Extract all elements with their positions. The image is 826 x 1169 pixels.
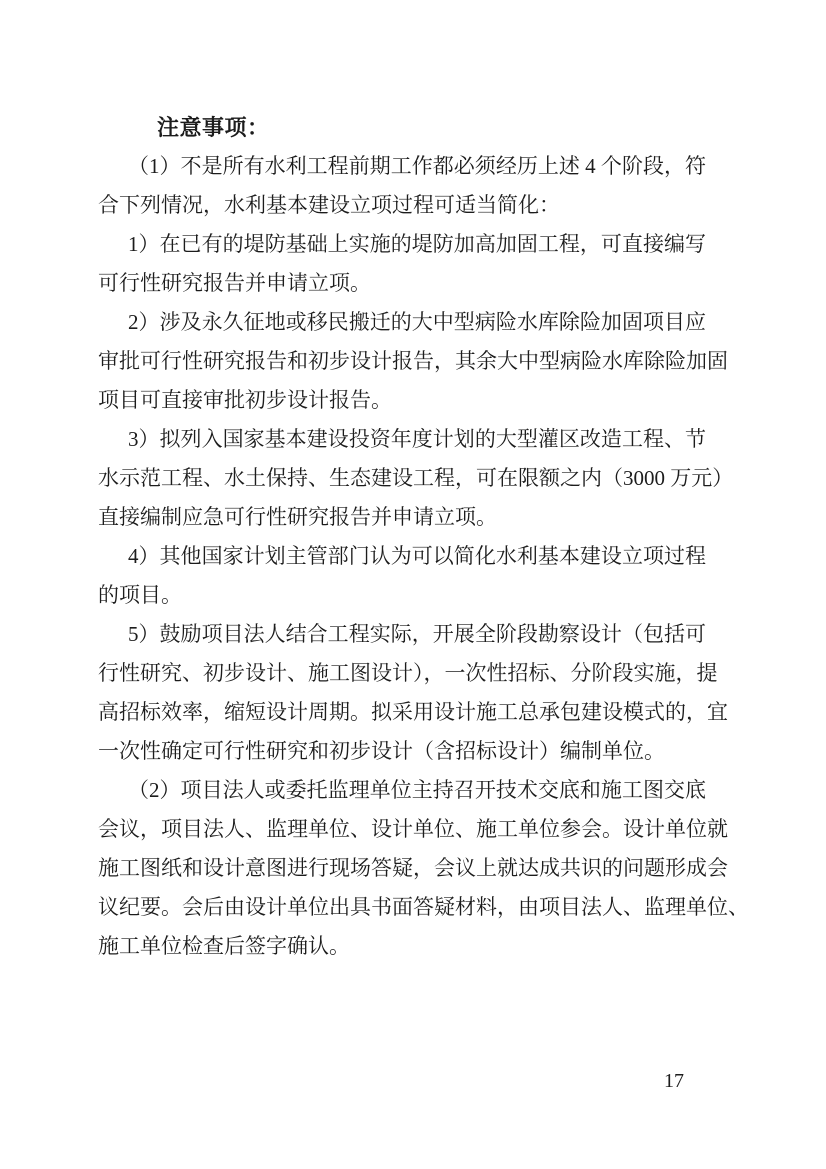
document-content: 注意事项： （1）不是所有水利工程前期工作都必须经历上述 4 个阶段，符合下列情… — [98, 108, 706, 966]
text-line: 合下列情况，水利基本建设立项过程可适当简化： — [98, 186, 706, 225]
text-line: 可行性研究报告并申请立项。 — [98, 264, 706, 303]
text-line: 直接编制应急可行性研究报告并申请立项。 — [98, 498, 706, 537]
text-line: 会议，项目法人、监理单位、设计单位、施工单位参会。设计单位就 — [98, 810, 706, 849]
text-line: 2）涉及永久征地或移民搬迁的大中型病险水库除险加固项目应 — [98, 303, 706, 342]
text-line: 项目可直接审批初步设计报告。 — [98, 381, 706, 420]
text-line: （1）不是所有水利工程前期工作都必须经历上述 4 个阶段，符 — [98, 147, 706, 186]
text-line: 施工图纸和设计意图进行现场答疑，会议上就达成共识的问题形成会 — [98, 849, 706, 888]
paragraph: （2）项目法人或委托监理单位主持召开技术交底和施工图交底会议，项目法人、监理单位… — [98, 771, 706, 966]
text-line: 议纪要。会后由设计单位出具书面答疑材料，由项目法人、监理单位、 — [98, 888, 706, 927]
paragraph: 4）其他国家计划主管部门认为可以简化水利基本建设立项过程的项目。 — [98, 537, 706, 615]
document-page: 注意事项： （1）不是所有水利工程前期工作都必须经历上述 4 个阶段，符合下列情… — [0, 0, 826, 1169]
document-body: （1）不是所有水利工程前期工作都必须经历上述 4 个阶段，符合下列情况，水利基本… — [98, 147, 706, 966]
page-number: 17 — [664, 1068, 684, 1094]
text-line: 一次性确定可行性研究和初步设计（含招标设计）编制单位。 — [98, 732, 706, 771]
text-line: 1）在已有的堤防基础上实施的堤防加高加固工程，可直接编写 — [98, 225, 706, 264]
text-line: 5）鼓励项目法人结合工程实际，开展全阶段勘察设计（包括可 — [98, 615, 706, 654]
paragraph: 5）鼓励项目法人结合工程实际，开展全阶段勘察设计（包括可行性研究、初步设计、施工… — [98, 615, 706, 771]
paragraph: 1）在已有的堤防基础上实施的堤防加高加固工程，可直接编写可行性研究报告并申请立项… — [98, 225, 706, 303]
text-line: 3）拟列入国家基本建设投资年度计划的大型灌区改造工程、节 — [98, 420, 706, 459]
text-line: 高招标效率，缩短设计周期。拟采用设计施工总承包建设模式的，宜 — [98, 693, 706, 732]
text-line: 审批可行性研究报告和初步设计报告，其余大中型病险水库除险加固 — [98, 342, 706, 381]
paragraph: （1）不是所有水利工程前期工作都必须经历上述 4 个阶段，符合下列情况，水利基本… — [98, 147, 706, 225]
page-heading: 注意事项： — [98, 108, 706, 147]
text-line: （2）项目法人或委托监理单位主持召开技术交底和施工图交底 — [98, 771, 706, 810]
paragraph: 3）拟列入国家基本建设投资年度计划的大型灌区改造工程、节水示范工程、水土保持、生… — [98, 420, 706, 537]
paragraph: 2）涉及永久征地或移民搬迁的大中型病险水库除险加固项目应审批可行性研究报告和初步… — [98, 303, 706, 420]
text-line: 4）其他国家计划主管部门认为可以简化水利基本建设立项过程 — [98, 537, 706, 576]
text-line: 行性研究、初步设计、施工图设计），一次性招标、分阶段实施，提 — [98, 654, 706, 693]
text-line: 的项目。 — [98, 576, 706, 615]
text-line: 水示范工程、水土保持、生态建设工程，可在限额之内（3000 万元） — [98, 459, 706, 498]
text-line: 施工单位检查后签字确认。 — [98, 927, 706, 966]
